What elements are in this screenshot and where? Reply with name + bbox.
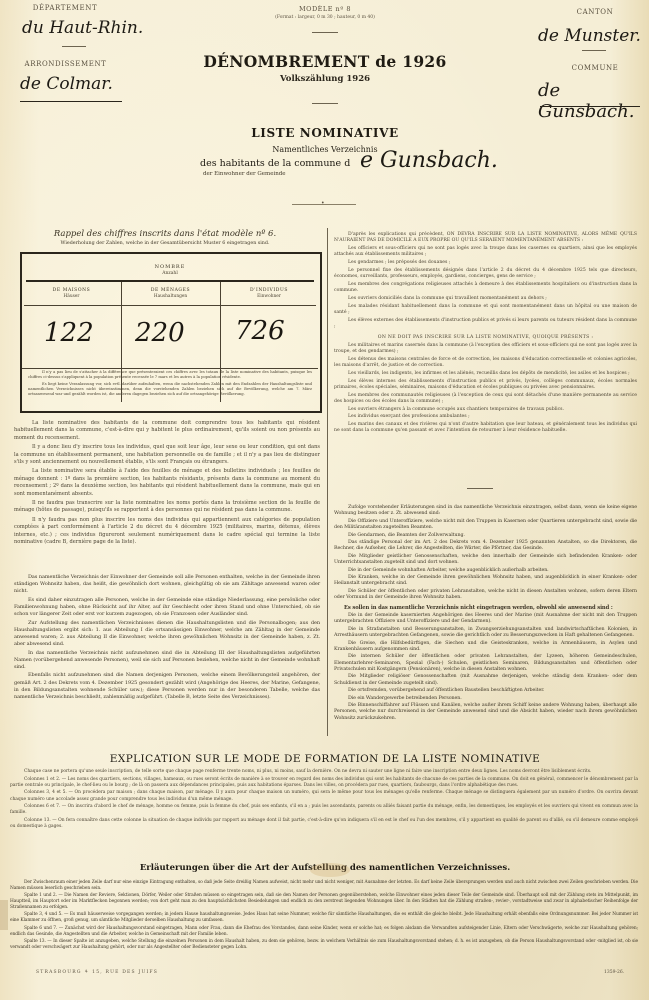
departement-label: DÉPARTEMENT — [20, 4, 110, 12]
list-item: Die Greise, die Hilfsbedürftigen, die Si… — [334, 641, 637, 654]
nicht-eintragen-heading: Es sollen in das namentliche Verzeichnis… — [334, 605, 637, 611]
canton-label: CANTON — [560, 8, 630, 16]
rappel-note-de: Es liegt keine Veranlassung vor, sich ev… — [28, 382, 312, 397]
form-code: 1359-26. — [604, 970, 624, 975]
commune-rule — [540, 106, 640, 107]
paragraph: Ebenfalls nicht aufzunehmen sind die Nam… — [14, 672, 320, 701]
habitants-fr: des habitants de la commune d — [200, 158, 350, 169]
departement-value: du Haut-Rhin. — [22, 18, 143, 38]
census-page: DÉPARTEMENT du Haut-Rhin. ARRONDISSEMENT… — [0, 0, 649, 1000]
list-item: Les gendarmes ; les préposés des douanes… — [334, 260, 637, 266]
list-item: Les individus exerçant des professions a… — [334, 414, 637, 420]
rappel-note-fr: Il n'y a pas lieu de s'attacher à la dif… — [28, 370, 312, 380]
paragraph: Il y a donc lieu d'y inscrire tous les i… — [14, 444, 320, 466]
paper-stain — [310, 863, 350, 877]
note-rule — [22, 368, 318, 369]
list-item: Les militaires et marins casernés dans l… — [334, 343, 637, 355]
nombre-rule — [26, 280, 314, 282]
list-item: Das ständige Personal der im Art. 2 des … — [334, 540, 637, 553]
paragraph: La liste nominative des habitants de la … — [14, 420, 320, 442]
list-item: Die Schüler der öffentlichen oder privat… — [334, 589, 637, 602]
list-item: Die in der Gemeinde kasernierten Angehör… — [334, 613, 637, 626]
paragraph: Der Zwischenraum einer jeden Zeile darf … — [10, 880, 638, 892]
paragraph: Spalte 1 und 2. — Die Namen der Reviere,… — [10, 893, 638, 911]
canton-rule — [582, 50, 606, 51]
list-item: Die in der Gemeinde wohnhaften Arbeiter,… — [334, 568, 637, 574]
paragraph: Chaque case ne portera qu'une seule insc… — [10, 769, 638, 775]
col-maisons-label: DE MAISONS — [22, 288, 121, 293]
list-item: Die Gendarmen, die Beamten der Zollverwa… — [334, 533, 637, 539]
paragraph: In das namentliche Verzeichnis nicht auf… — [14, 650, 320, 672]
col-maisons-label-de: Häuser — [22, 294, 121, 299]
canton-value: de Munster. — [538, 26, 641, 46]
ne-pas-inscrire-heading: ON NE DOIT PAS INSCRIRE SUR LA LISTE NOM… — [334, 335, 637, 341]
right-text-de: Zufolge vorstehender Erläuterungen sind … — [334, 505, 637, 723]
list-item: Les ouvriers étrangers à la commune occu… — [334, 407, 637, 413]
intro-einzutragen: Zufolge vorstehender Erläuterungen sind … — [334, 505, 637, 518]
list-item: Die Mitglieder geistlicher Genossenschaf… — [334, 554, 637, 567]
list-item: Die ortsfremden, vorübergehend auf öffen… — [334, 688, 637, 694]
printer-imprint: STRASBOURG ⚘ 15, RUE DES JUIFS — [36, 970, 158, 975]
list-item: Les vieillards, les indigents, les infir… — [334, 371, 637, 377]
paragraph: Spalte 13. — In dieser Spalte ist anzuge… — [10, 939, 638, 951]
list-item: Les marins des canaux et des rivières qu… — [334, 422, 637, 434]
list-item: Les membres des communautés religieuses … — [334, 393, 637, 405]
individus-count: 726 — [235, 316, 285, 346]
explication-text: Chaque case ne portera qu'une seule insc… — [10, 769, 638, 832]
modele-number: MODÈLE nº 8 — [210, 5, 440, 13]
list-item: Les membres des congrégations religieuse… — [334, 282, 637, 294]
list-item: Les détenus des maisons centrales de for… — [334, 357, 637, 369]
census-title: DÉNOMBREMENT de 1926 — [180, 52, 470, 71]
census-subtitle-de: Volkszählung 1926 — [210, 74, 440, 84]
rappel-title-fr: Rappel des chiffres inscrits dans l'état… — [10, 229, 320, 239]
arrondissement-value: de Colmar. — [20, 74, 113, 94]
commune-value: de Gunsbach. — [538, 80, 649, 122]
arrondissement-rule — [20, 101, 122, 102]
col-individus-label-de: Einwohner — [220, 294, 318, 299]
departement-rule — [62, 46, 86, 47]
list-item: Die Offiziere und Unteroffiziere, welche… — [334, 519, 637, 532]
section-rule — [467, 488, 493, 489]
list-item: Les officiers et sous-officiers qui ne s… — [334, 246, 637, 258]
right-text-fr: D'après les explications qui précèdent, … — [334, 232, 637, 436]
left-text-fr: La liste nominative des habitants de la … — [14, 420, 320, 549]
liste-commune-value: e Gunsbach. — [360, 148, 498, 173]
commune-label: COMMUNE — [555, 64, 635, 72]
format-note: (Format : largeur, 0 m 30 ; hauteur, 0 m… — [210, 15, 440, 20]
left-text-de: Das namentliche Verzeichnis der Einwohne… — [14, 574, 320, 702]
list-item: Die in Strafanstalten und Besserungsanst… — [334, 627, 637, 640]
explication-title: EXPLICATION SUR LE MODE DE FORMATION DE … — [40, 753, 610, 765]
list-item: Les élèves externes des établissements d… — [334, 318, 637, 330]
list-item: Die Mitglieder religiöser Genossenschaft… — [334, 674, 637, 687]
paragraph: Colonnes 1 et 2. — Les noms des quartier… — [10, 777, 638, 789]
rappel-notes: Il n'y a pas lieu de s'attacher à la dif… — [28, 370, 312, 398]
arrondissement-label: ARRONDISSEMENT — [18, 60, 113, 68]
paper-edge-stain — [0, 900, 8, 930]
column-divider — [327, 228, 328, 736]
col-menages-label: DE MÉNAGES — [121, 288, 220, 293]
paragraph: Spalte 6 und 7. — Zunächst wird der Haus… — [10, 926, 638, 938]
nombre-label-de: Anzahl — [22, 271, 318, 276]
list-item: Les élèves internes des établissements d… — [334, 379, 637, 391]
paragraph: Spalte 3, 4 und 5. — Es muß häuserweise … — [10, 912, 638, 924]
list-item: Les malades résidant habituellement dans… — [334, 304, 637, 316]
list-item: Die internen Schüler der öffentlichen od… — [334, 654, 637, 673]
list-item: Die ein Wandergewerbe betreibenden Perso… — [334, 696, 637, 702]
column-header-rule — [24, 305, 316, 306]
title-rule — [312, 103, 338, 104]
maisons-count: 122 — [44, 318, 94, 348]
col-menages-label-de: Haushaltungen — [121, 294, 220, 299]
menages-count: 220 — [135, 318, 185, 348]
liste-title: LISTE NOMINATIVE — [150, 126, 500, 140]
paragraph: Colonnes 6 et 7. — On inscrira d'abord l… — [10, 804, 638, 816]
paragraph: Es sind daher einzutragen alle Personen,… — [14, 597, 320, 619]
list-item: Die Binnenschiffahrer auf Flüssen und Ka… — [334, 703, 637, 722]
paragraph: Il ne faudra pas transcrire sur la liste… — [14, 500, 320, 515]
col-individus-label: D'INDIVIDUS — [220, 288, 318, 293]
paragraph: Colonne 13. — On fera connaître dans cet… — [10, 818, 638, 830]
paragraph: Das namentliche Verzeichnis der Einwohne… — [14, 574, 320, 596]
paragraph: Zur Aufstellung des namentlichen Verzeic… — [14, 620, 320, 649]
paragraph: La liste nominative sera établie à l'aid… — [14, 468, 320, 498]
list-item: Die Kranken, welche in der Gemeinde ihre… — [334, 575, 637, 588]
intro-inscrire: D'après les explications qui précèdent, … — [334, 232, 637, 244]
ornament-dot: • — [321, 200, 325, 207]
nombre-label: NOMBRE — [22, 264, 318, 270]
paragraph: Colonnes 3, 4 et 5. — On procédera par m… — [10, 790, 638, 802]
list-item: Les ouvriers domiciliés dans la commune … — [334, 296, 637, 302]
modele-rule — [312, 32, 338, 33]
list-item: Le personnel fixe des établissements dés… — [334, 268, 637, 280]
paragraph: Il n'y faudra pas non plus inscrire les … — [14, 517, 320, 547]
rappel-title-de: Wiederholung der Zahlen, welche in der G… — [10, 241, 320, 246]
erlaeuterungen-text: Der Zwischenraum einer jeden Zeile darf … — [10, 880, 638, 952]
habitants-de: der Einwohner der Gemeinde — [203, 171, 286, 177]
